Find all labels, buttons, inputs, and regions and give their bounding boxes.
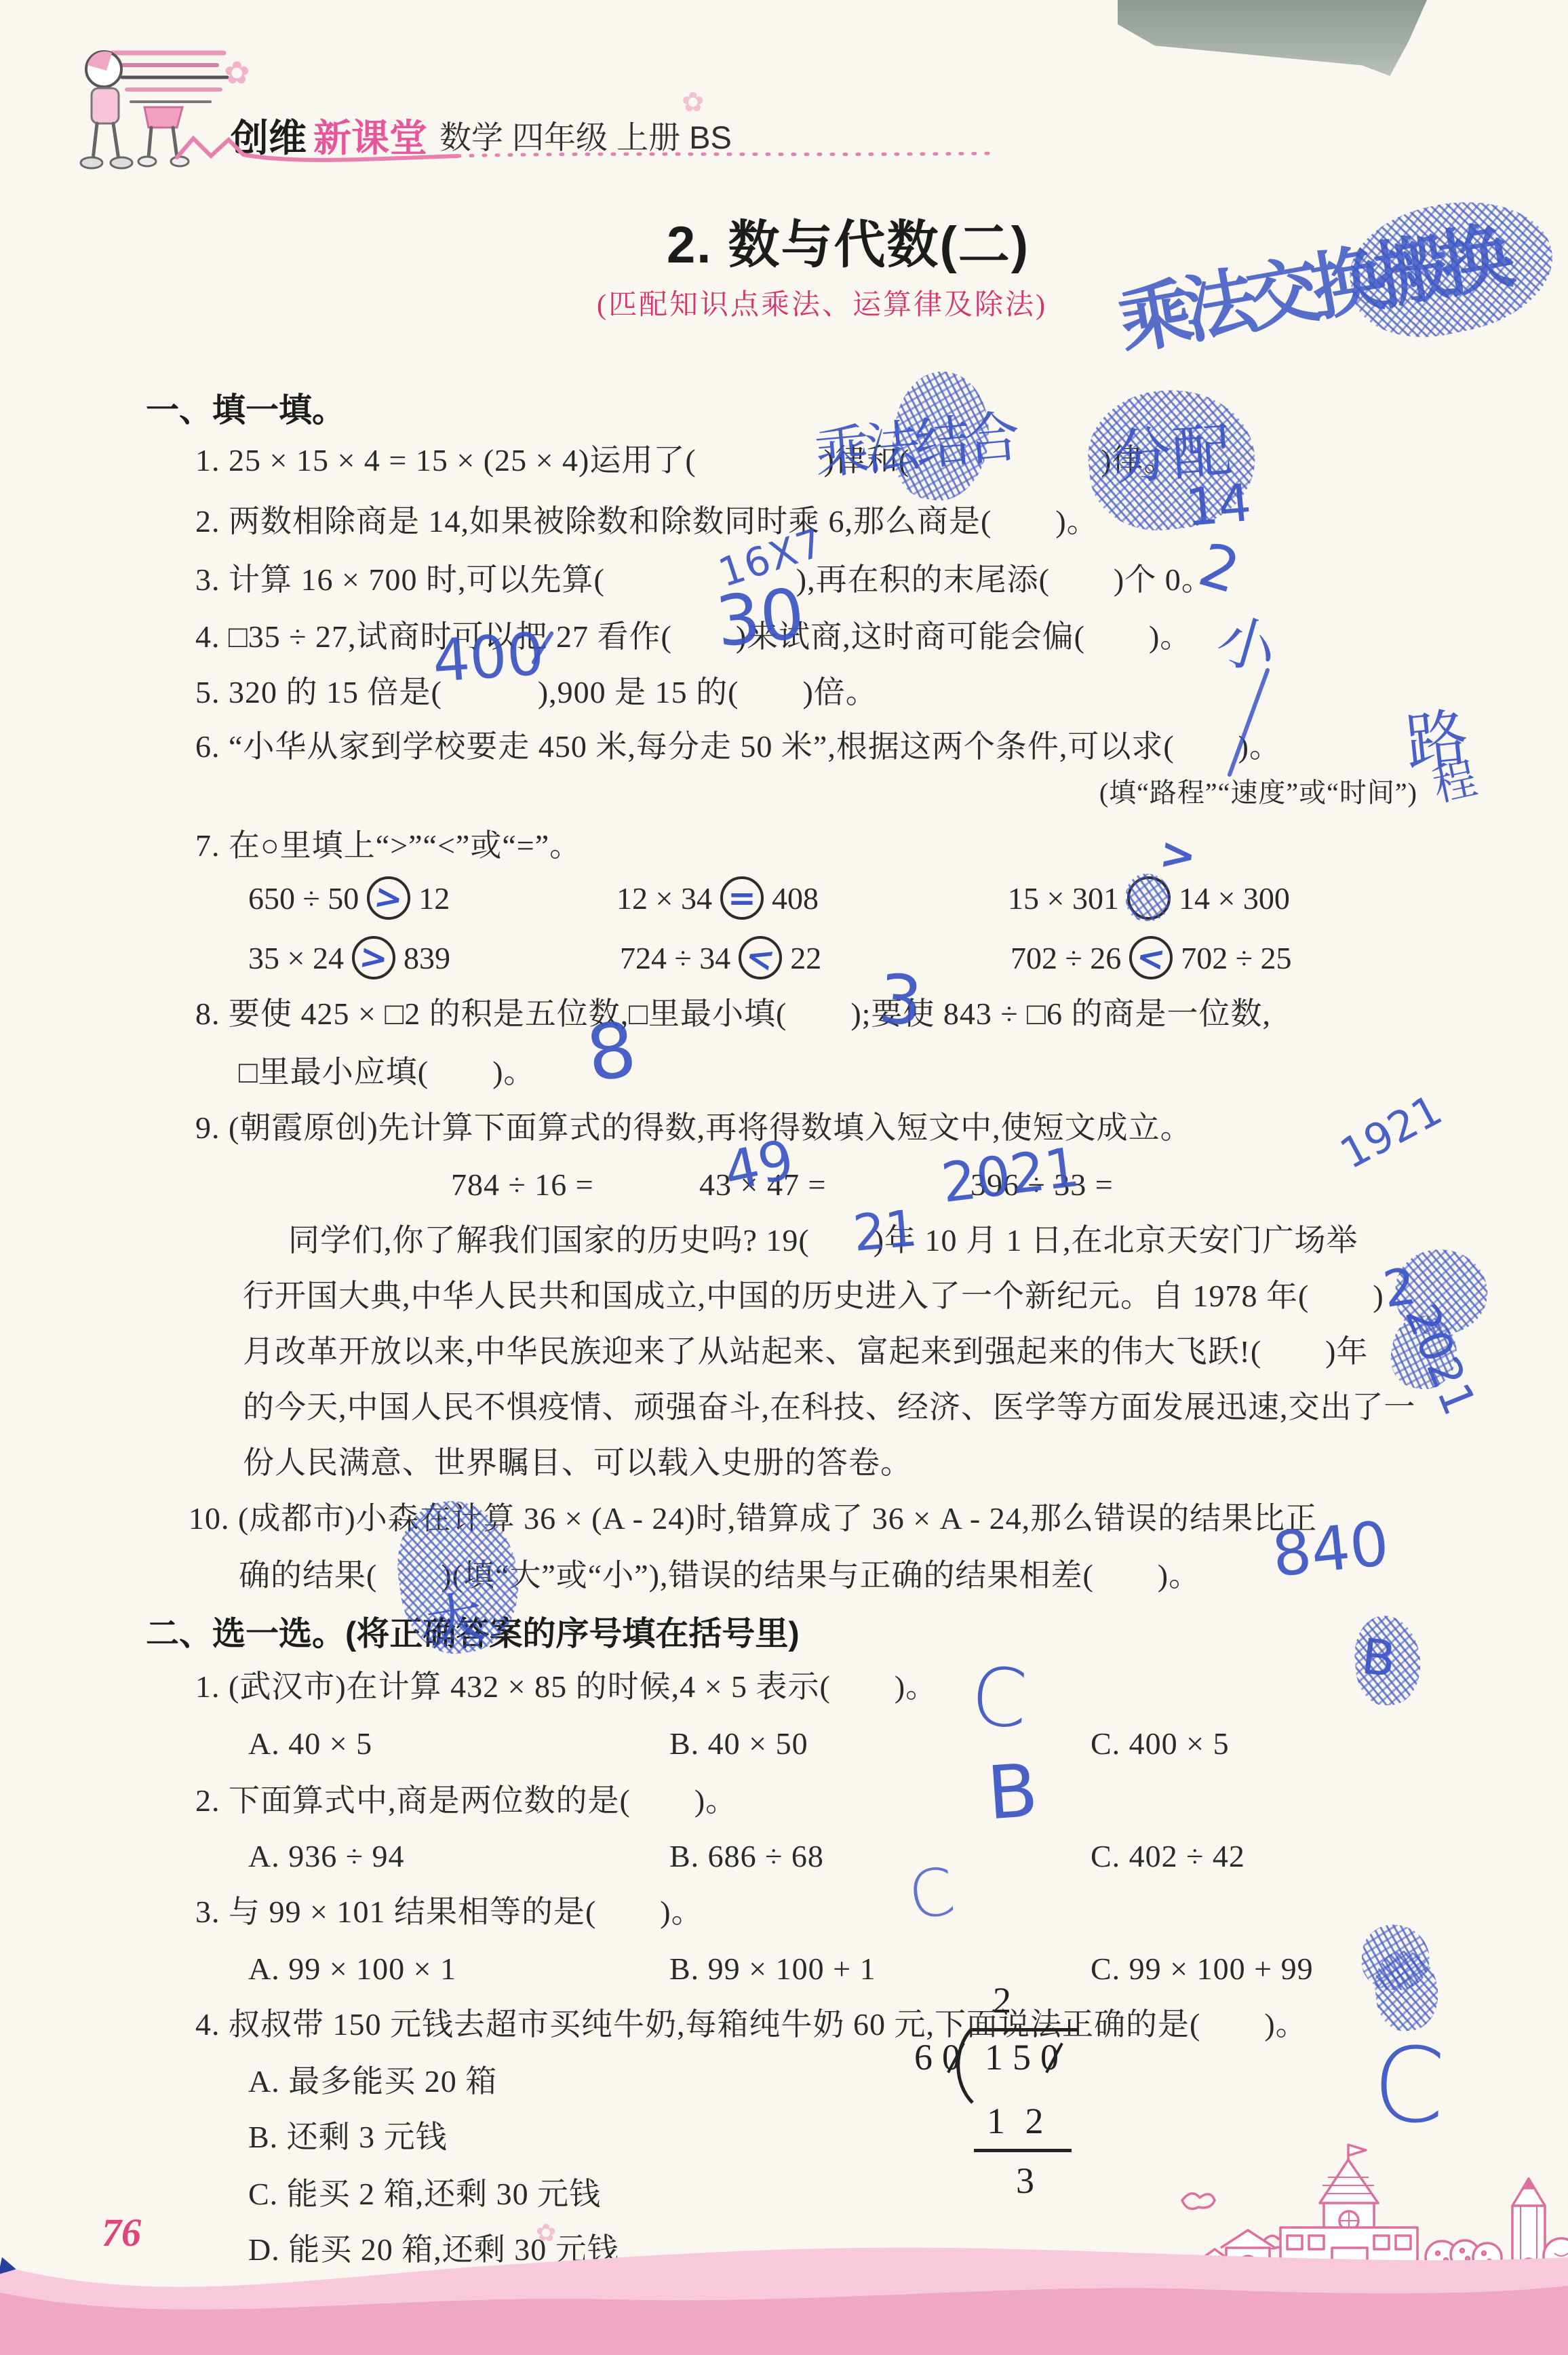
answer-circle: = — [720, 876, 764, 920]
option: C. 400 × 5 — [1091, 1721, 1230, 1767]
comparison-item: 15 × 301 > 14 × 300 — [1008, 876, 1290, 920]
comparison-right: 839 — [404, 940, 450, 976]
handwritten-answer: C — [1371, 2024, 1447, 2147]
option: A. 99 × 100 × 1 — [248, 1947, 456, 1992]
answer-circle: > — [352, 936, 395, 979]
paragraph-line: 月改革开放以来,中华民族迎来了从站起来、富起来到强起来的伟大飞跃!( )年 — [243, 1329, 1368, 1375]
flower-icon: ✿ — [224, 54, 250, 91]
page-number: 76 — [102, 2210, 141, 2255]
equation: 784 ÷ 16 = — [451, 1163, 594, 1208]
comparison-right: 408 — [772, 880, 819, 916]
handwritten-symbol: > — [353, 937, 395, 979]
option: B. 99 × 100 + 1 — [669, 1947, 876, 1992]
workbook-page: 创维 新课堂 数学 四年级 上册 BS ✿ ✿ 2. 数与代数(二) (匹配知识… — [0, 0, 1568, 2355]
dividend-struck-zero: 0 — [1040, 2036, 1068, 2078]
pen-scribble — [1352, 1614, 1424, 1707]
handwritten-answer: 21 — [850, 1199, 919, 1263]
header-wavy-underline — [173, 129, 1000, 170]
question-line: 10. (成都市)小森在计算 36 × (A - 24)时,错算成了 36 × … — [189, 1496, 1317, 1542]
section1-heading: 一、填一填。 — [146, 384, 345, 431]
comparison-right: 702 ÷ 25 — [1181, 940, 1291, 976]
question-line: 确的结果( )(填“大”或“小”),错误的结果与正确的结果相差( )。 — [239, 1553, 1200, 1599]
handwritten-answer: 3 — [876, 959, 925, 1041]
handwritten-symbol: > — [368, 876, 410, 919]
handwritten-symbol: < — [1130, 936, 1173, 979]
paragraph-line: 同学们,你了解我们国家的历史吗? 19( )年 10 月 1 日,在北京天安门广… — [288, 1218, 1358, 1264]
paragraph-line: 份人民满意、世界瞩目、可以载入史册的答卷。 — [243, 1441, 912, 1486]
handwritten-answer: B — [985, 1749, 1041, 1837]
comparison-item: 35 × 24 > 839 — [248, 936, 450, 979]
comparison-item: 724 ÷ 34 < 22 — [620, 936, 821, 979]
pen-scribble — [1339, 184, 1565, 352]
handwritten-answer: C — [904, 1853, 960, 1934]
handwritten-answer: 14 — [1183, 472, 1253, 538]
division-vinculum — [971, 2028, 1078, 2031]
comparison-left: 702 ÷ 26 — [1011, 940, 1121, 976]
comparison-right: 12 — [418, 880, 450, 916]
handwritten-answer: 30 — [712, 574, 808, 663]
pen-scribble — [1126, 874, 1171, 921]
handwritten-note: 1921 — [1332, 1085, 1450, 1179]
option: A. 最多能买 20 箱 — [248, 2059, 497, 2105]
question-line: 8. 要使 425 × □2 的积是五位数,□里最小填( );要使 843 ÷ … — [195, 992, 1271, 1037]
question-line: 3. 计算 16 × 700 时,可以先算( ),再在积的末尾添( )个 0。 — [195, 558, 1213, 603]
option: C. 99 × 100 + 99 — [1091, 1947, 1314, 1992]
comparison-right: 14 × 300 — [1179, 880, 1290, 916]
comparison-item: 650 ÷ 50 > 12 — [248, 876, 450, 920]
divisor-digit: 6 — [914, 2037, 942, 2078]
division-subtract-line — [974, 2149, 1072, 2152]
handwritten-symbol: < — [737, 935, 783, 981]
pen-scribble — [885, 366, 997, 507]
comparison-item: 12 × 34 = 408 — [616, 876, 819, 920]
option: B. 686 ÷ 68 — [669, 1834, 824, 1880]
handwritten-answer: 400 — [431, 620, 547, 695]
flower-icon: ✿ — [536, 2219, 556, 2247]
division-quotient: 2 — [993, 1979, 1011, 2021]
comparison-right: 22 — [790, 940, 821, 976]
option: B. 还剩 3 元钱 — [248, 2115, 448, 2160]
flower-icon: ✿ — [682, 87, 705, 118]
answer-circle: > — [367, 876, 410, 920]
dividend-digit: 1 — [985, 2037, 1013, 2078]
handwritten-answer: 程 — [1426, 743, 1482, 813]
answer-circle: < — [1129, 936, 1173, 979]
question-line: 7. 在○里填上“>”“<”或“=”。 — [195, 823, 581, 869]
scan-corner-artifact — [1118, 0, 1427, 76]
question-line: □里最小应填( )。 — [239, 1050, 535, 1095]
question-hint: (填“路程”“速度”或“时间”) — [746, 773, 1417, 813]
answer-circle: > — [1127, 876, 1171, 920]
handwritten-symbol: > — [1157, 828, 1198, 882]
comparison-left: 35 × 24 — [248, 940, 344, 976]
page-subtitle: (匹配知识点乘法、运算律及除法) — [597, 285, 1047, 326]
question-line: 4. □35 ÷ 27,试商时可以把 27 看作( )来试商,这时商可能会偏( … — [195, 615, 1192, 660]
question-line: 2. 两数相除商是 14,如果被除数和除数同时乘 6,那么商是( )。 — [195, 499, 1099, 545]
comparison-left: 650 ÷ 50 — [248, 880, 359, 916]
paragraph-line: 的今天,中国人民不惧疫情、顽强奋斗,在科技、经济、医学等方面发展迅速,交出了一 — [243, 1385, 1416, 1430]
comparison-left: 12 × 34 — [616, 880, 712, 916]
option: A. 936 ÷ 94 — [248, 1834, 404, 1880]
handwritten-answer: 小 — [1209, 592, 1289, 689]
comparison-item: 702 ÷ 26 < 702 ÷ 25 — [1011, 936, 1292, 979]
option: A. 40 × 5 — [248, 1721, 372, 1767]
footer-wave — [0, 2179, 1568, 2355]
question-line: 2. 下面算式中,商是两位数的是( )。 — [195, 1778, 737, 1824]
divisor-struck-zero: 0 — [942, 2036, 970, 2078]
division-dividend: 150 — [985, 2036, 1068, 2078]
question-line: 3. 与 99 × 101 结果相等的是( )。 — [195, 1890, 703, 1935]
option: C. 402 ÷ 42 — [1091, 1834, 1245, 1880]
comparison-left: 15 × 301 — [1008, 880, 1119, 916]
handwritten-answer: 840 — [1269, 1508, 1392, 1591]
option: B. 40 × 50 — [669, 1721, 808, 1767]
dividend-digit: 5 — [1013, 2037, 1040, 2078]
handwritten-symbol: = — [723, 879, 761, 917]
question-line: 6. “小华从家到学校要走 450 米,每分走 50 米”,根据这两个条件,可以… — [195, 724, 1281, 770]
paragraph-line: 行开国大典,中华人民共和国成立,中国的历史进入了一个新纪元。自 1978 年( … — [243, 1274, 1384, 1319]
question-line: 4. 叔叔带 150 元钱去超市买纯牛奶,每箱纯牛奶 60 元,下面说法正确的是… — [195, 2002, 1308, 2048]
handwritten-answer: C — [968, 1650, 1030, 1746]
page-title: 2. 数与代数(二) — [667, 203, 1030, 277]
comparison-left: 724 ÷ 34 — [620, 940, 730, 976]
question-line: 1. (武汉市)在计算 432 × 85 的时候,4 × 5 表示( )。 — [195, 1665, 937, 1710]
question-line: 1. 25 × 15 × 4 = 15 × (25 × 4)运用了( )律和( … — [195, 438, 1176, 484]
division-divisor: 60 — [914, 2036, 970, 2078]
answer-circle: < — [739, 936, 782, 979]
division-product: 1 2 — [987, 2100, 1049, 2142]
